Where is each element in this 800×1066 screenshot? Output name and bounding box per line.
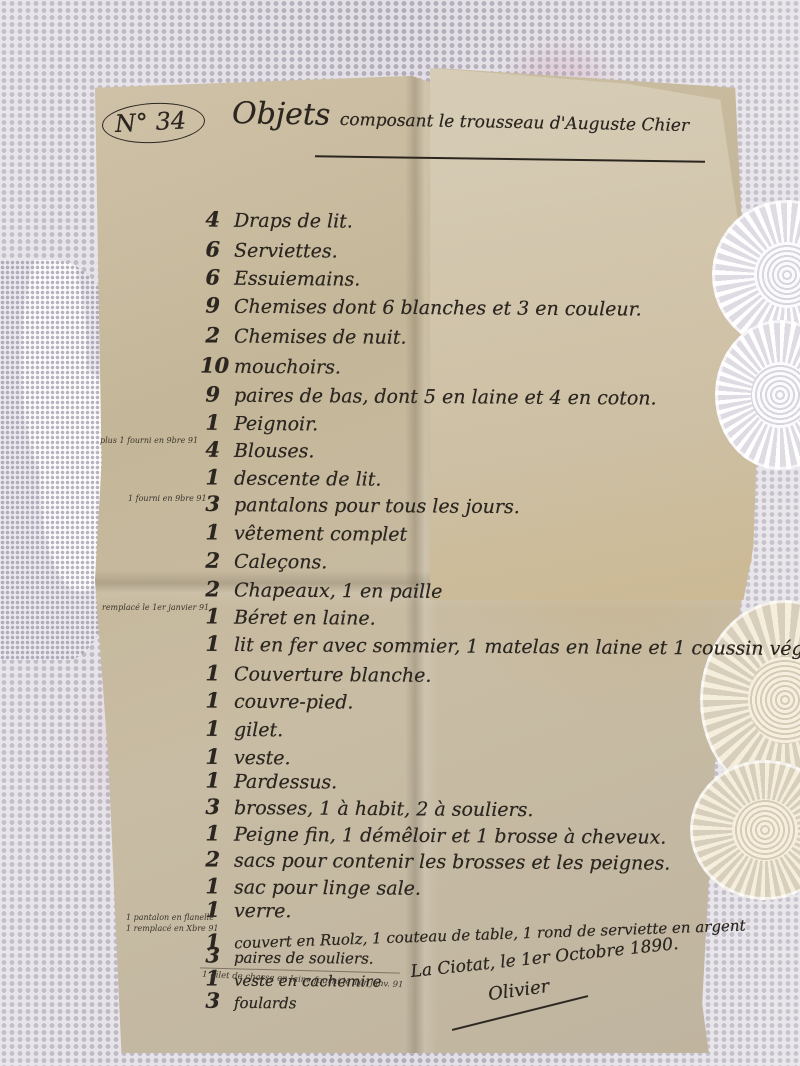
item-quantity: 1 [200,716,220,741]
item-quantity: 9 [200,381,220,406]
list-item: 3foulards [200,988,297,1014]
item-quantity: 3 [200,988,220,1013]
item-description: Draps de lit. [234,210,353,233]
list-item: 6Essuiemains. [200,264,361,290]
item-quantity: 3 [200,942,220,967]
list-item: 1gilet. [200,716,283,742]
item-quantity: 1 [200,768,220,793]
item-description: Chemises dont 6 blanches et 3 en couleur… [234,296,642,321]
item-description: foulards [234,994,297,1012]
item-description: Couverture blanche. [234,663,432,686]
list-item: 1couvre-pied. [200,687,354,713]
list-item: 10mouchoirs. [200,353,341,379]
item-quantity: 1 [200,820,220,845]
title-main: Objets [232,96,331,133]
list-item: 2Chemises de nuit. [200,322,407,348]
item-description: Béret en laine. [234,607,376,630]
item-quantity: 4 [200,437,220,462]
list-item: 6Serviettes. [200,237,338,263]
list-item: 9paires de bas, dont 5 en laine et 4 en … [200,381,657,409]
item-description: Serviettes. [234,240,338,263]
item-quantity: 1 [200,660,220,685]
list-item: 1descente de lit. [200,464,382,490]
item-description: Peignoir. [234,413,318,436]
item-description: Blouses. [234,440,315,463]
margin-note: 1 pantalon en flanelle [126,913,214,922]
item-description: Chemises de nuit. [234,326,407,349]
item-description: brosses, 1 à habit, 2 à souliers. [234,797,534,821]
item-quantity: 1 [200,687,220,712]
item-description: lit en fer avec sommier, 1 matelas en la… [234,634,800,660]
item-quantity: 1 [200,519,220,544]
margin-note: plus 1 fourni en 9bre 91 [100,436,198,445]
item-quantity: 2 [200,846,220,871]
document-folded-flap [430,68,760,600]
list-item: 1Pardessus. [200,768,337,794]
list-item: 4Draps de lit. [200,206,353,232]
list-item: 1Peigne fin, 1 démêloir et 1 brosse à ch… [200,820,667,848]
item-quantity: 1 [200,410,220,435]
list-item: 1vêtement complet [200,519,407,545]
item-description: gilet. [234,719,283,741]
item-quantity: 6 [200,264,220,289]
list-item: 1Béret en laine. [200,603,376,629]
list-item: 1sac pour linge sale. [200,873,421,900]
item-description: verre. [234,900,292,922]
list-item: 3brosses, 1 à habit, 2 à souliers. [200,794,534,821]
item-description: Caleçons. [234,551,327,574]
margin-note: remplacé le 1er janvier 91. [102,603,212,612]
item-quantity: 1 [200,631,220,656]
item-quantity: 9 [200,292,220,317]
item-description: Chapeaux, 1 en paille [234,579,443,602]
list-item: 1Couverture blanche. [200,660,432,687]
item-description: vêtement complet [234,523,407,546]
list-item: 3pantalons pour tous les jours. [200,491,520,518]
item-quantity: 10 [200,353,220,378]
item-quantity: 1 [200,464,220,489]
item-description: mouchoirs. [234,356,341,379]
list-item: 2Chapeaux, 1 en paille [200,576,443,603]
list-item: 4Blouses. [200,437,315,463]
margin-note: 1 remplacé en Xbre 91 [126,924,219,933]
item-quantity: 2 [200,548,220,573]
item-quantity: 6 [200,237,220,262]
list-item: 1lit en fer avec sommier, 1 matelas en l… [200,631,800,660]
item-quantity: 3 [200,794,220,819]
item-description: descente de lit. [234,468,382,491]
item-quantity: 1 [200,744,220,769]
item-description: sacs pour contenir les brosses et les pe… [234,850,671,875]
item-description: couvre-pied. [234,691,354,714]
list-item: 2Caleçons. [200,548,327,574]
item-quantity: 1 [200,873,220,898]
item-description: pantalons pour tous les jours. [234,494,520,518]
list-item: 1veste. [200,744,291,770]
list-item: 9Chemises dont 6 blanches et 3 en couleu… [200,292,642,320]
item-quantity: 2 [200,322,220,347]
item-description: Pardessus. [234,771,337,794]
item-description: veste. [234,747,291,769]
item-description: Peigne fin, 1 démêloir et 1 brosse à che… [234,824,667,849]
item-description: paires de bas, dont 5 en laine et 4 en c… [234,385,657,410]
item-quantity: 4 [200,206,220,231]
item-description: Essuiemains. [234,268,361,291]
list-item: 2sacs pour contenir les brosses et les p… [200,846,671,874]
margin-note: 1 fourni en 9bre 91 [128,494,207,503]
list-item: 1Peignoir. [200,410,318,436]
title-rest: composant le trousseau d'Auguste Chier [340,110,690,136]
item-quantity: 2 [200,576,220,601]
